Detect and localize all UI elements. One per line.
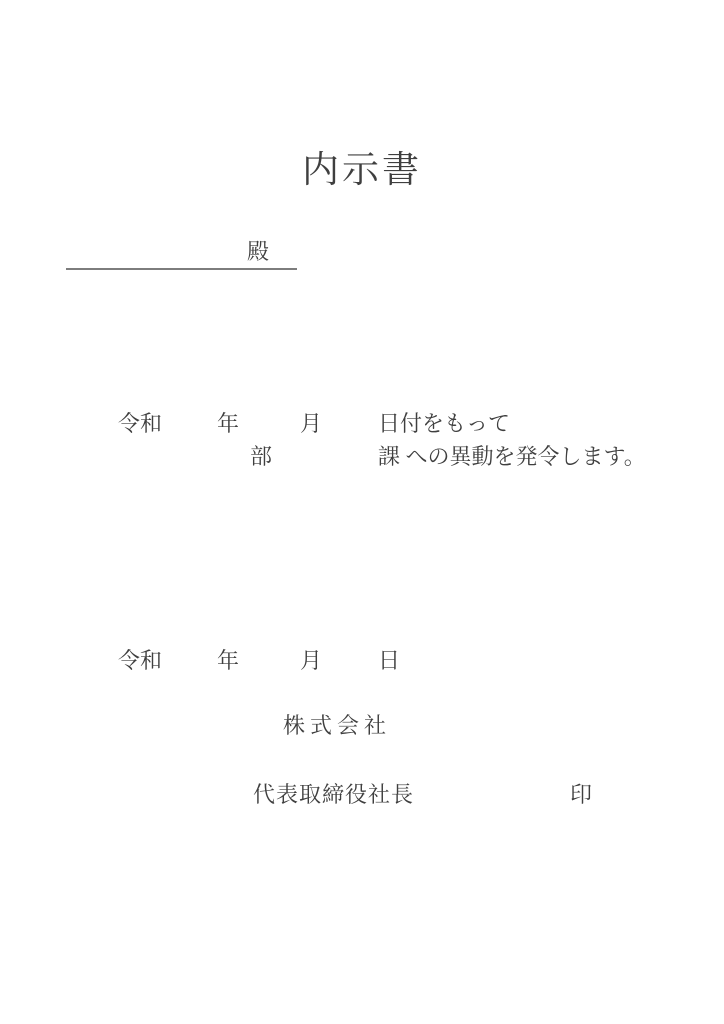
recipient-honorific: 殿: [247, 241, 269, 263]
seal-placeholder-label: 印: [570, 782, 592, 807]
document-page: 内示書 殿 令和 年 月 日付をもって 部 課 への異動を発令します。 令和 年…: [0, 0, 724, 1024]
company-name-label: 株式会社: [283, 713, 391, 738]
notice-department-label: 部: [250, 444, 272, 469]
issue-date-era-label: 令和: [118, 648, 162, 673]
notice-era-label: 令和: [118, 411, 162, 436]
recipient-name-blank-line: 殿: [66, 237, 297, 270]
issue-date-month-label: 月: [300, 648, 322, 673]
issue-date-day-label: 日: [378, 648, 400, 673]
issue-date-year-label: 年: [217, 648, 239, 673]
notice-year-label: 年: [217, 411, 239, 436]
signer-title-label: 代表取締役社長: [253, 782, 414, 807]
notice-date-phrase: 日付をもって: [378, 411, 510, 436]
notice-transfer-phrase: 課 への異動を発令します。: [378, 444, 646, 469]
notice-month-label: 月: [300, 411, 322, 436]
document-title: 内示書: [0, 139, 724, 193]
